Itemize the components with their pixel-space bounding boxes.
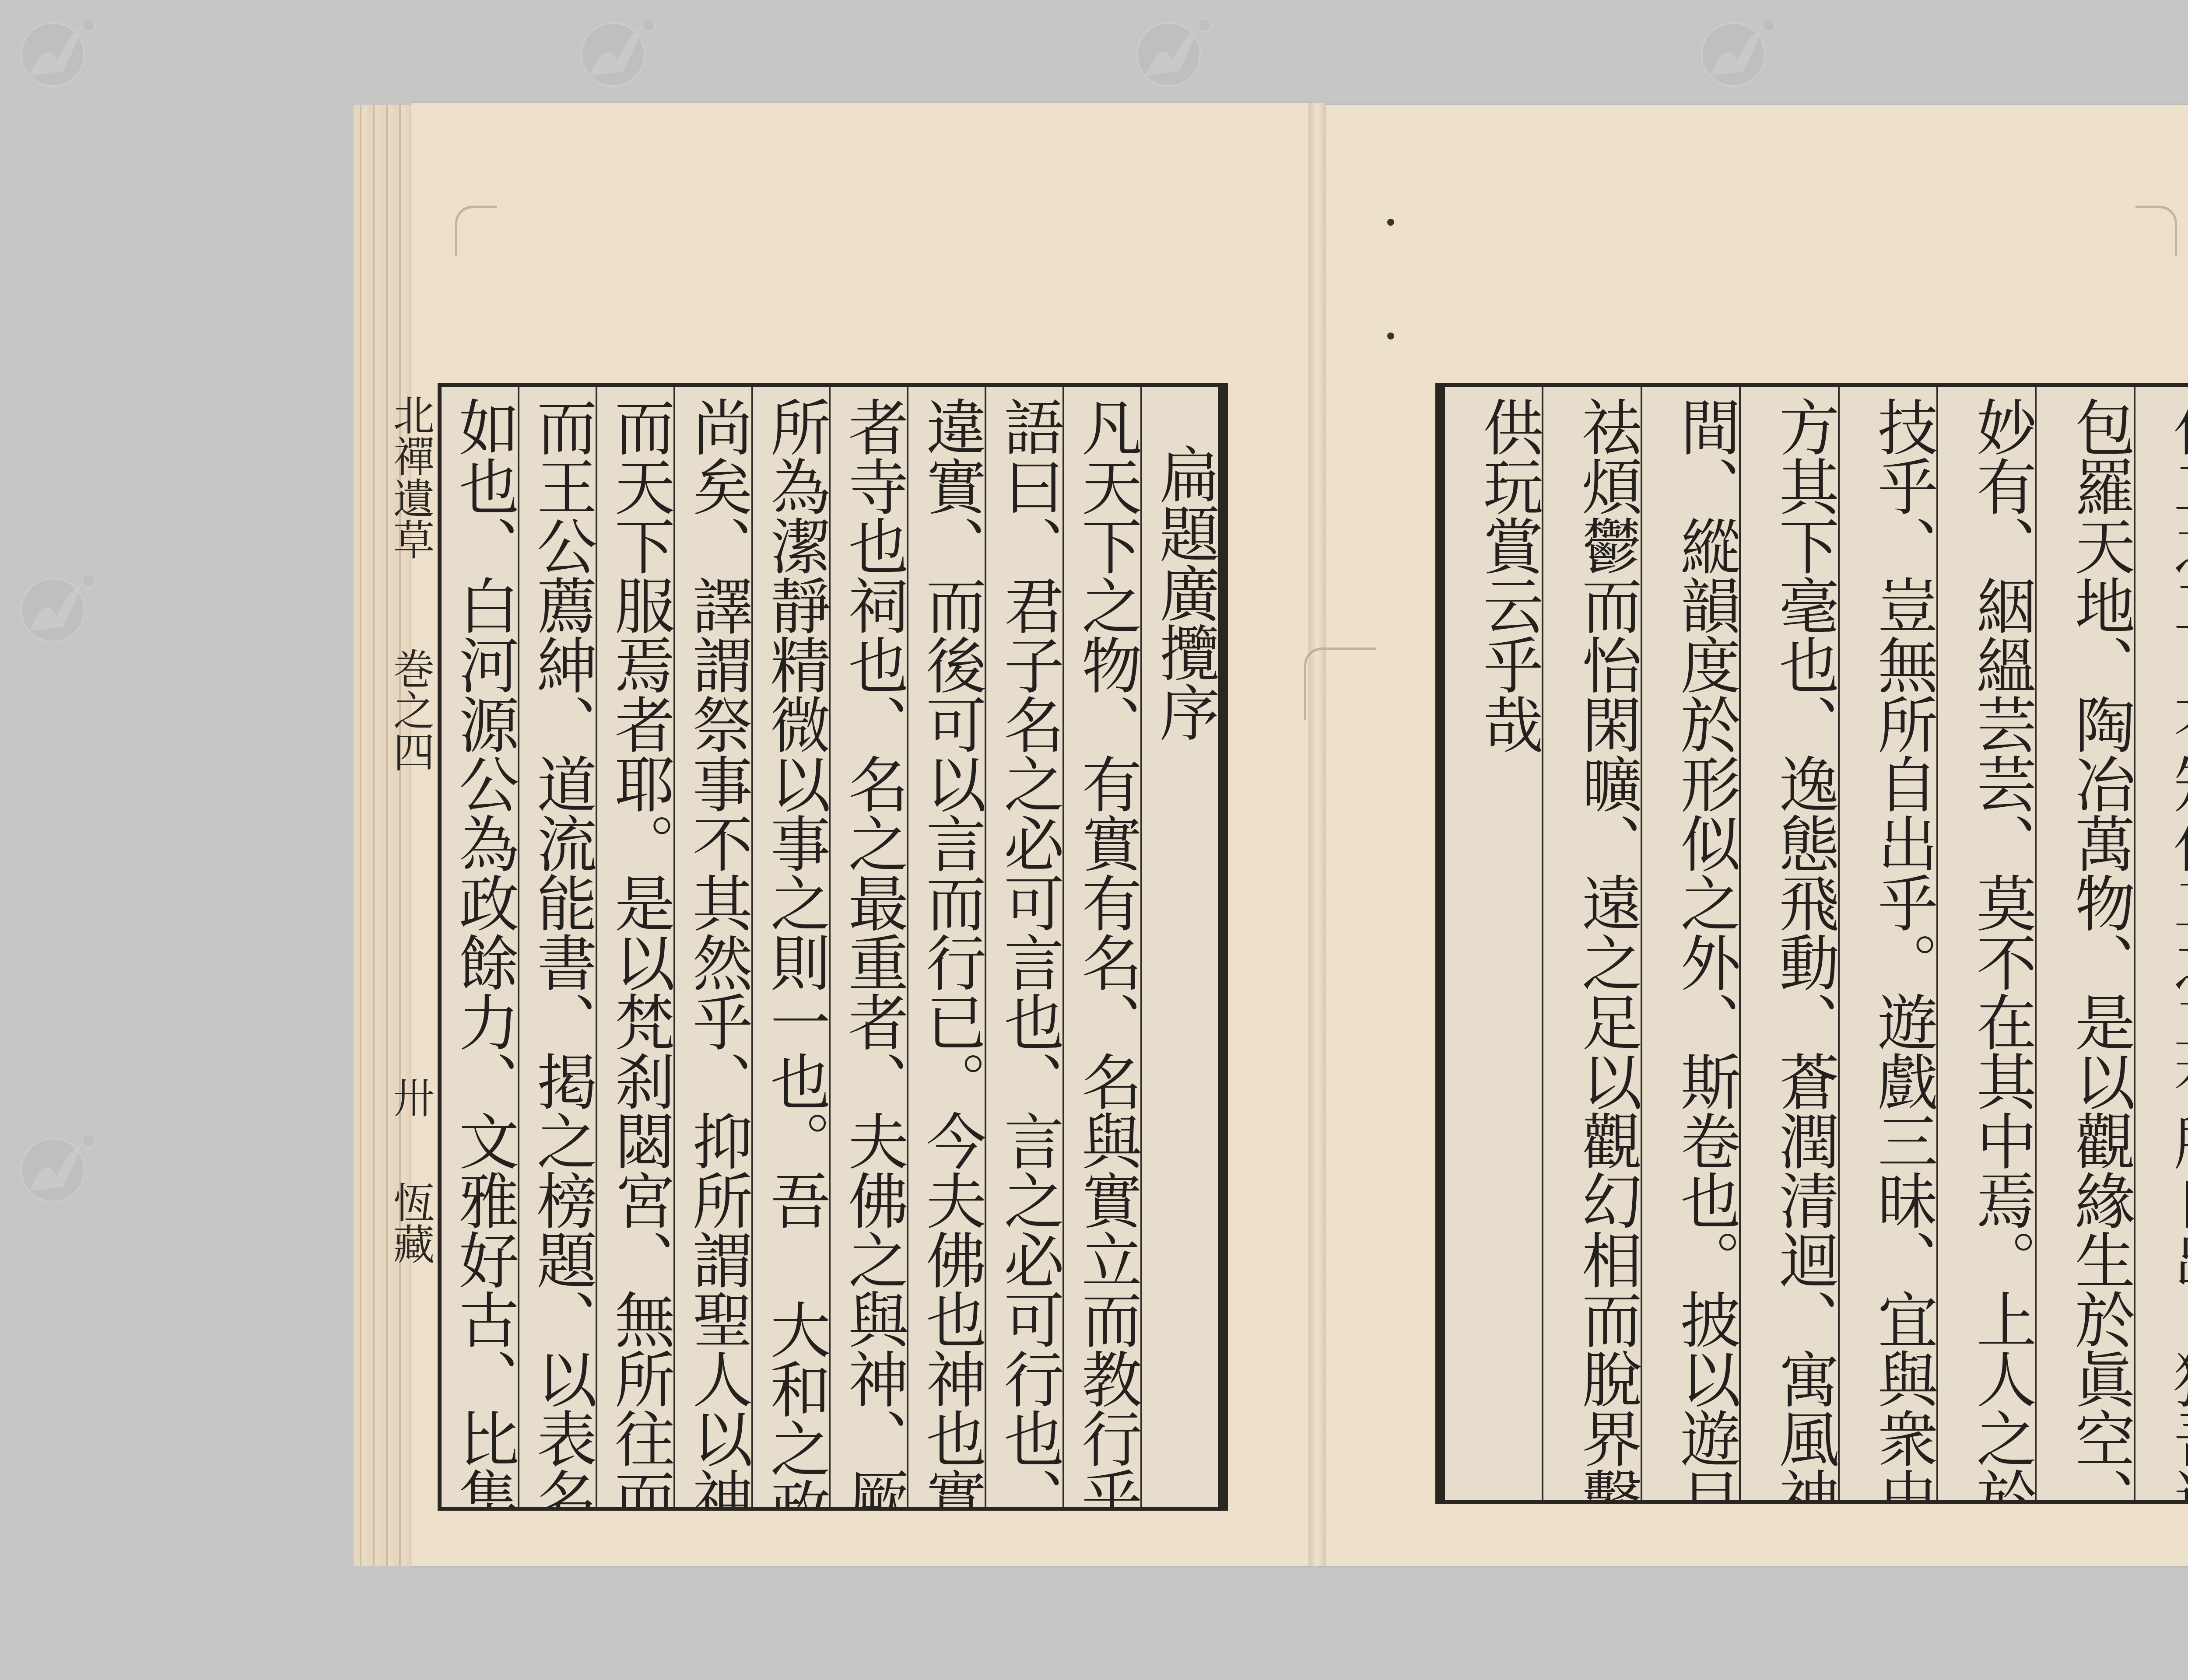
watermark-logo-icon [9,4,114,92]
watermark-logo-icon [9,560,114,647]
text-column: 技乎、豈無所自出乎。遊戲三昧、宜與衆史異其撰矣 [1838,387,1936,1500]
watermark-logo-icon [1125,4,1230,92]
watermark-logo-icon [1689,4,1794,92]
text-column: 包羅天地、陶冶萬物、是以觀緣生於眞空、察森羅於 [2035,387,2133,1500]
text-column: 供玩賞云乎哉 [1445,387,1542,1500]
text-column: 者寺也祠也、名之最重者、夫佛之與神、厥道雖異矣 [829,387,907,1507]
preface-title: 扁題廣攬序 [1140,387,1218,1507]
left-margin-note: 恆藏 [389,1181,431,1264]
right-text-frame: 上人梵修之暇、遊戲丹青、是其進乎技、與衆史異其 撰矣。凡人知人之工、不知其工出於… [1435,383,2188,1504]
watermark-logo-icon [569,4,674,92]
text-column: 語曰、君子名之必可言也、言之必可行也、唯其名不 [985,387,1062,1507]
text-column: 所為潔靜精微以事之則一也。吾 大和之政崇之 [751,387,829,1507]
binding-thread-icon [2135,206,2177,256]
text-column: 尚矣、譯謂祭事不其然乎、抑所謂聖人以神道設教 [673,387,751,1507]
left-text-frame: 扁題廣攬序 凡天下之物、有實有名、名與實立而教行乎其間矣 語曰、君子名之必可言也… [438,383,1228,1511]
text-column: 妙有、絪縕芸芸、莫不在其中焉。上人之於丹青、雖小 [1936,387,2035,1500]
watermark-logo-icon [9,1120,114,1207]
left-margin-volume: 巻之四 [389,647,431,772]
text-column: 而天下服焉者耶。是以梵刹閟宮、無所往而不在焉 [596,387,673,1507]
left-margin-title: 北禪遺草 [389,394,431,560]
left-margin-page-number: 卅 [389,1076,431,1118]
binding-thread-icon [455,206,497,256]
text-column: 違實、而後可以言而行已。今夫佛也神也實之最尊 [907,387,985,1507]
binding-hole-icon [1387,332,1394,339]
text-column: 祛煩鬱而怡閑曠、遠之足以觀幻相而脫界繫、豈徒 [1542,387,1640,1500]
text-column: 凡天下之物、有實有名、名與實立而教行乎其間矣 [1062,387,1140,1507]
binding-hole-icon [1387,219,1394,226]
text-column: 化工之工、不知化工之工有所自出、獨吾道之所道 [2134,387,2188,1500]
text-column: 方其下毫也、逸態飛動、蒼潤清迴、寓風神於意匠之 [1739,387,1837,1500]
text-column: 間、縱韻度於形似之外、斯卷也。披以遊目、近之足以 [1641,387,1739,1500]
text-column: 如也、白河源公為政餘力、文雅好古、比集諸榜題撫 [442,387,518,1507]
binding-thread-icon [1304,647,1376,720]
book-gutter [1308,103,1326,1566]
text-column: 而王公薦紳、道流能書、掲之榜題、以表名實古今炳 [518,387,596,1507]
